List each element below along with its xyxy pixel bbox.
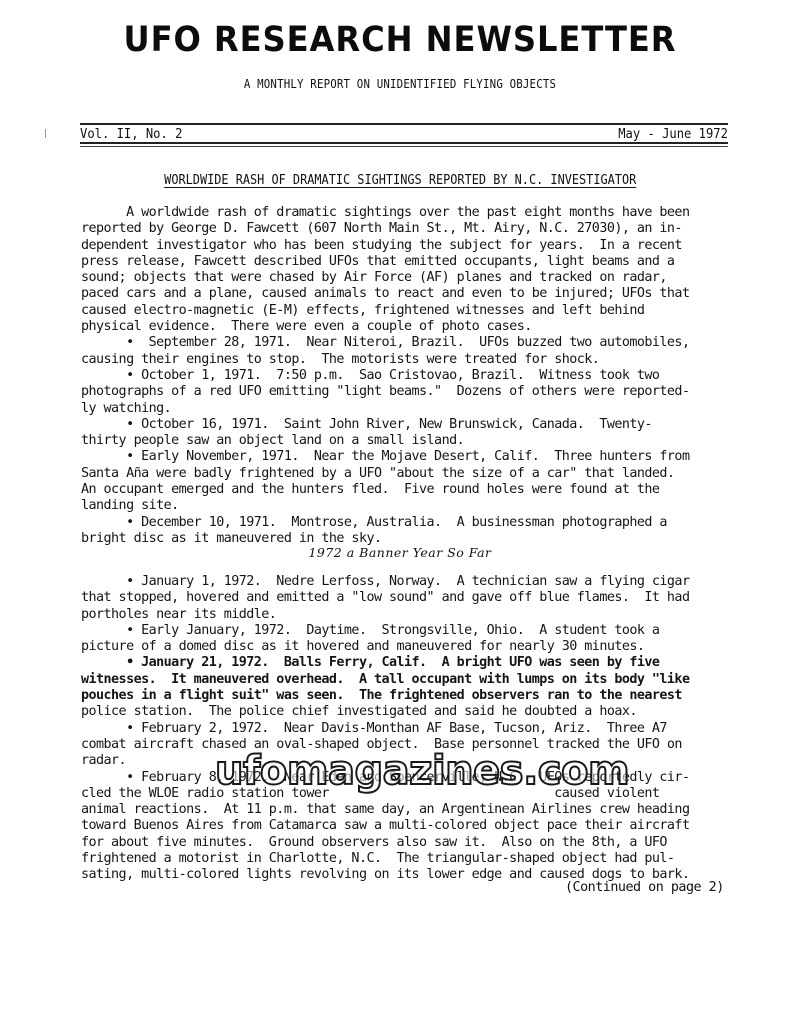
text-line: • October 16, 1971. Saint John River, Ne…	[81, 417, 741, 433]
text-line: toward Buenos Aires from Catamarca saw a…	[81, 818, 741, 834]
continued-note: (Continued on page 2)	[565, 880, 724, 895]
text-line: caused electro-magnetic (E-M) effects, f…	[81, 303, 741, 319]
text-line: thirty people saw an object land on a sm…	[81, 433, 741, 449]
text-line: for about five minutes. Ground observers…	[81, 835, 741, 851]
margin-mark	[45, 129, 46, 138]
headline-text: WORLDWIDE RASH OF DRAMATIC SIGHTINGS REP…	[164, 172, 636, 188]
text-line: witnesses. It maneuvered overhead. A tal…	[81, 672, 741, 688]
volume-number: Vol. II, No. 2	[80, 126, 182, 142]
text-line: portholes near its middle.	[81, 607, 741, 623]
text-line: • January 21, 1972. Balls Ferry, Calif. …	[81, 655, 741, 671]
newsletter-tagline: A MONTHLY REPORT ON UNIDENTIFIED FLYING …	[56, 76, 744, 91]
newsletter-title: UFO RESEARCH NEWSLETTER	[32, 20, 768, 60]
text-line: landing site.	[81, 498, 741, 514]
issue-date: May - June 1972	[618, 126, 728, 142]
text-line: radar.	[81, 753, 741, 769]
issue-info-band: Vol. II, No. 2 May - June 1972	[80, 123, 728, 144]
text-line: A worldwide rash of dramatic sightings o…	[81, 205, 741, 221]
text-line: • Early January, 1972. Daytime. Strongsv…	[81, 623, 741, 639]
text-line: press release, Fawcett described UFOs th…	[81, 254, 741, 270]
text-line: • January 1, 1972. Nedre Lerfoss, Norway…	[81, 574, 741, 590]
article-body-part2: • January 1, 1972. Nedre Lerfoss, Norway…	[81, 574, 741, 884]
text-line: Santa Aña were badly frightened by a UFO…	[81, 466, 741, 482]
article-body-part1: A worldwide rash of dramatic sightings o…	[81, 205, 741, 547]
text-line: ly watching.	[81, 401, 741, 417]
text-line: causing their engines to stop. The motor…	[81, 352, 741, 368]
text-line: cled the WLOE radio station tower caused…	[81, 786, 741, 802]
article-headline: WORLDWIDE RASH OF DRAMATIC SIGHTINGS REP…	[0, 172, 800, 188]
text-line: paced cars and a plane, caused animals t…	[81, 286, 741, 302]
text-line: pouches in a flight suit" was seen. The …	[81, 688, 741, 704]
text-line: • Early November, 1971. Near the Mojave …	[81, 449, 741, 465]
text-line: frightened a motorist in Charlotte, N.C.…	[81, 851, 741, 867]
text-line: physical evidence. There were even a cou…	[81, 319, 741, 335]
section-subheading: 1972 a Banner Year So Far	[0, 545, 800, 560]
text-line: • September 28, 1971. Near Niteroi, Braz…	[81, 335, 741, 351]
text-line: combat aircraft chased an oval-shaped ob…	[81, 737, 741, 753]
text-line: • February 8, 1972. Near Eden and Spence…	[81, 770, 741, 786]
text-line: • October 1, 1971. 7:50 p.m. Sao Cristov…	[81, 368, 741, 384]
text-line: sound; objects that were chased by Air F…	[81, 270, 741, 286]
text-line: that stopped, hovered and emitted a "low…	[81, 590, 741, 606]
text-line: reported by George D. Fawcett (607 North…	[81, 221, 741, 237]
text-line: photographs of a red UFO emitting "light…	[81, 384, 741, 400]
text-line: dependent investigator who has been stud…	[81, 238, 741, 254]
text-line: police station. The police chief investi…	[81, 704, 741, 720]
text-line: • December 10, 1971. Montrose, Australia…	[81, 515, 741, 531]
text-line: An occupant emerged and the hunters fled…	[81, 482, 741, 498]
text-line: • February 2, 1972. Near Davis-Monthan A…	[81, 721, 741, 737]
text-line: animal reactions. At 11 p.m. that same d…	[81, 802, 741, 818]
text-line: picture of a domed disc as it hovered an…	[81, 639, 741, 655]
